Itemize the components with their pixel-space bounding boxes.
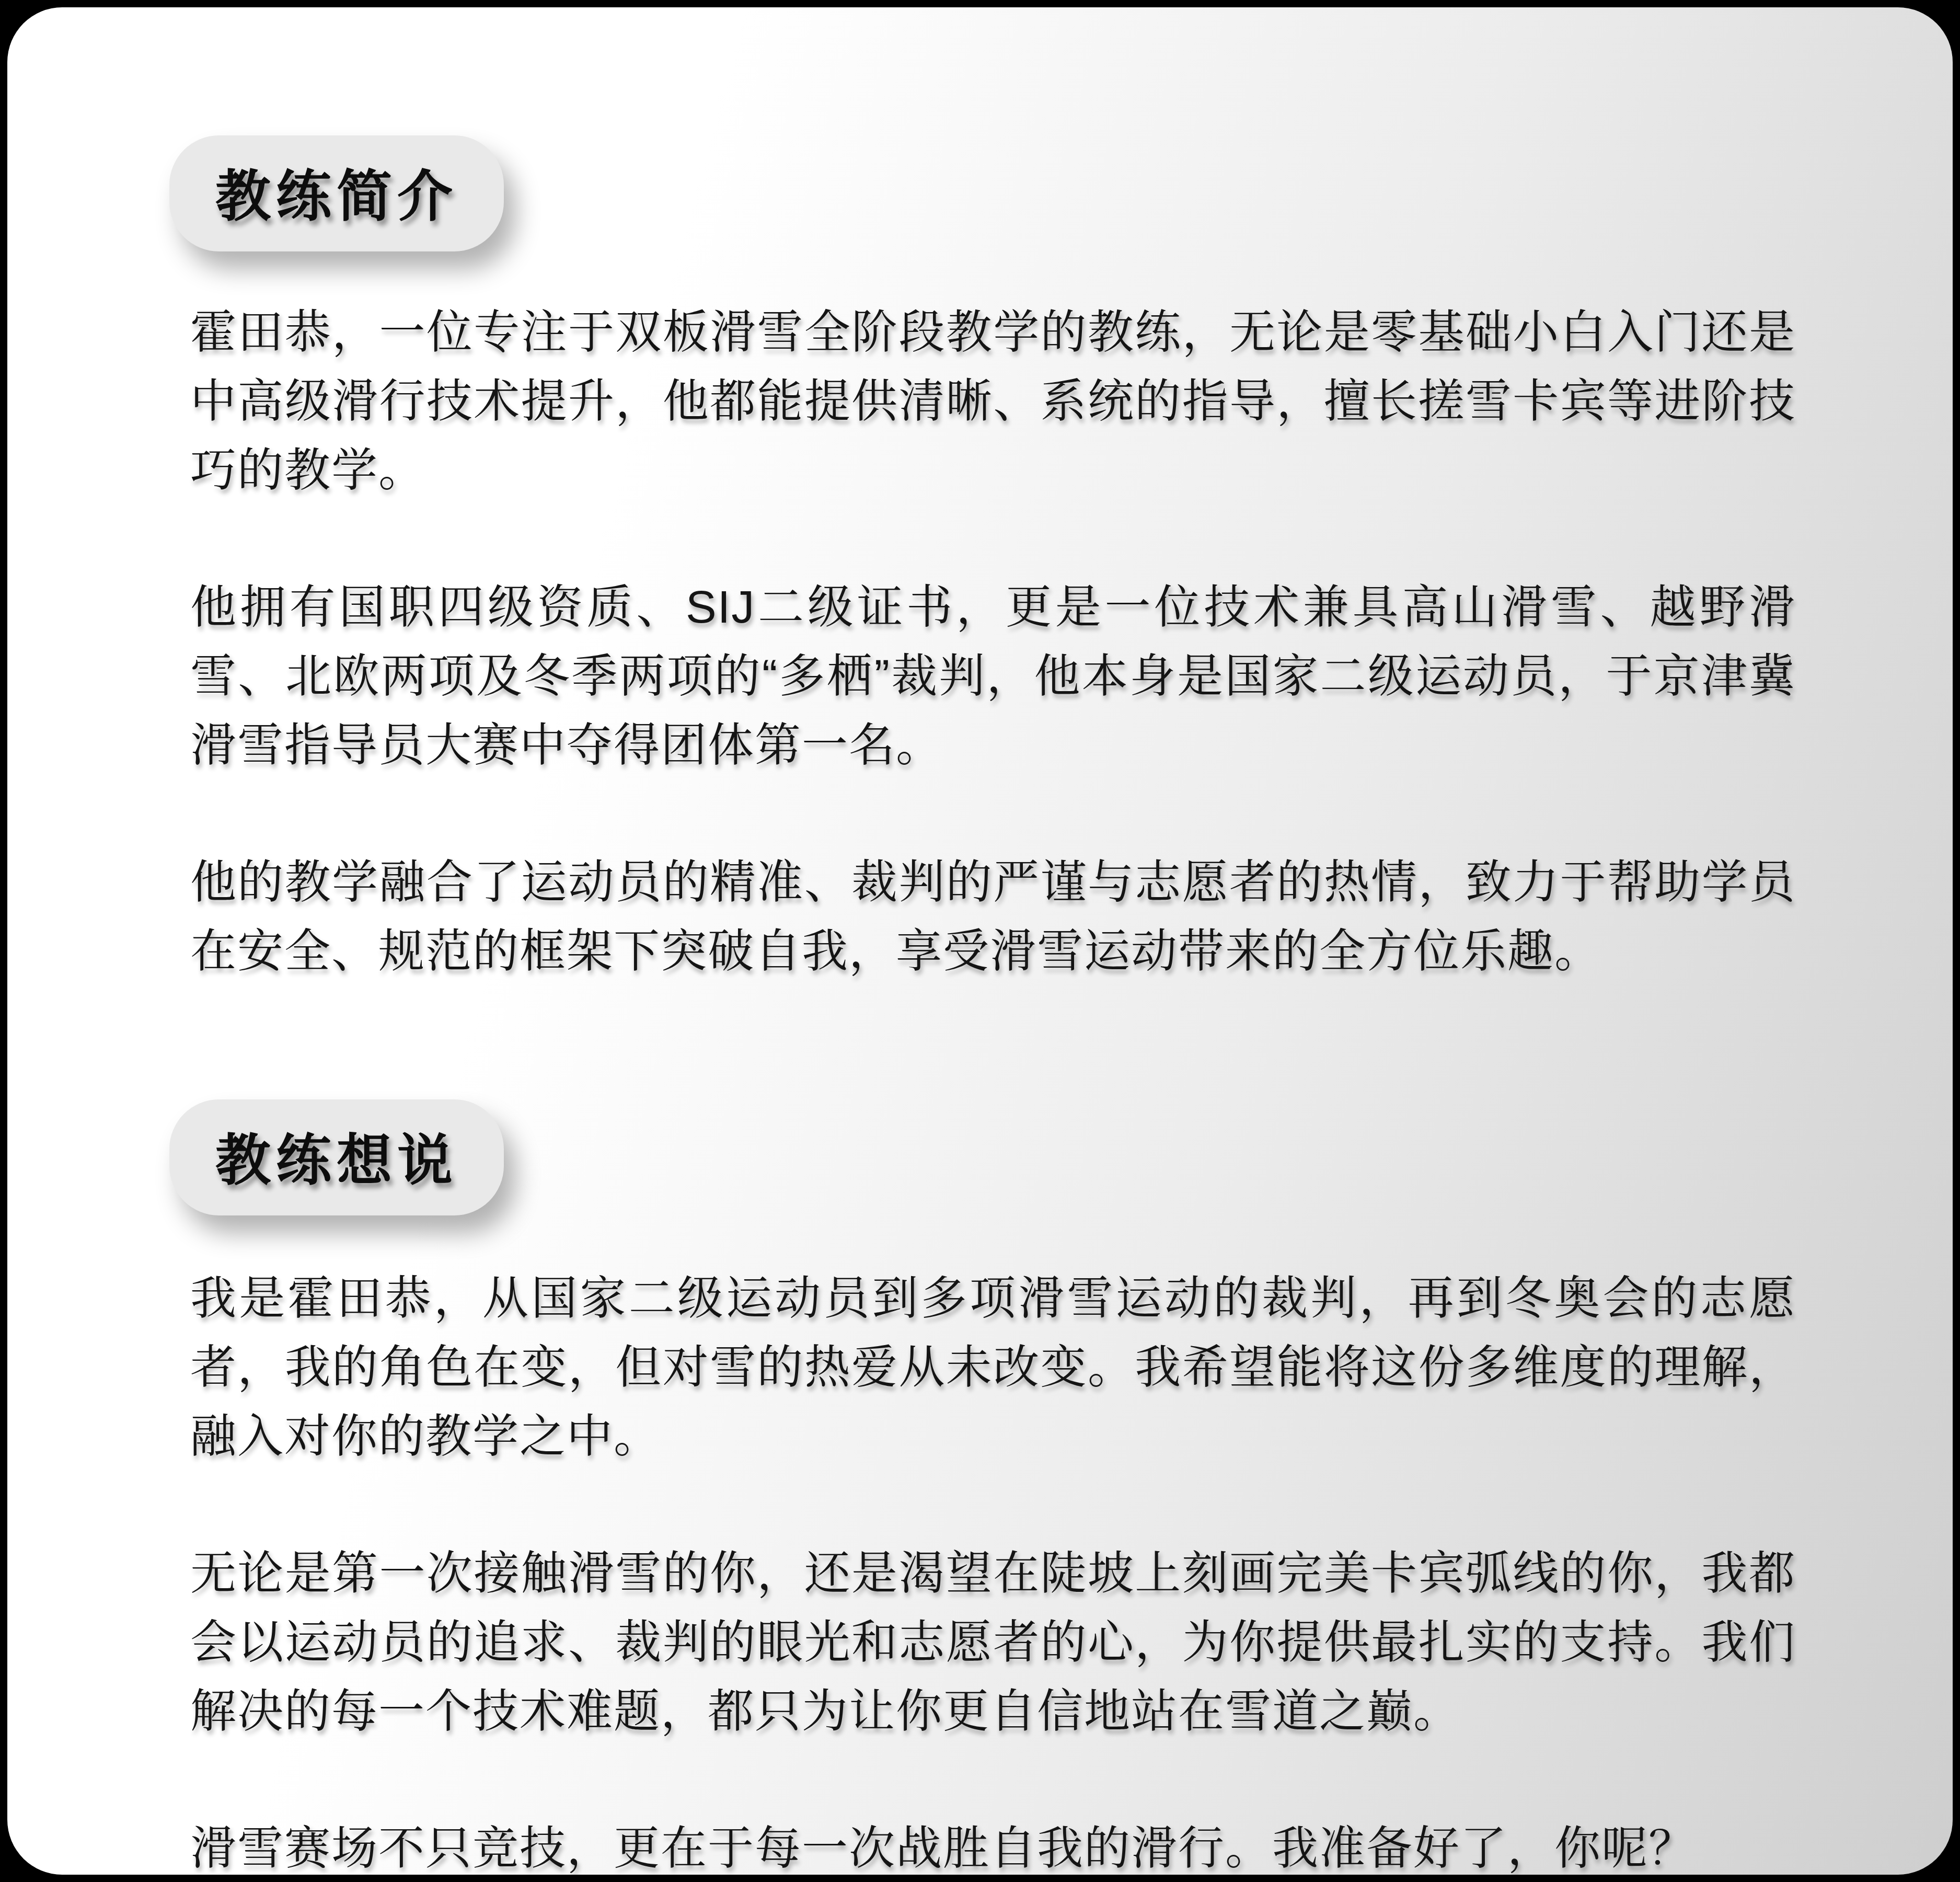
section-badge-coach-says: 教练想说 bbox=[169, 1099, 504, 1215]
coach-says-paragraph-1: 我是霍田恭，从国家二级运动员到多项滑雪运动的裁判，再到冬奥会的志愿者，我的角色在… bbox=[190, 1264, 1796, 1471]
coach-intro-paragraph-2: 他拥有国职四级资质、SIJ二级证书，更是一位技术兼具高山滑雪、越野滑雪、北欧两项… bbox=[190, 572, 1796, 779]
content-card: 教练简介 霍田恭，一位专注于双板滑雪全阶段教学的教练，无论是零基础小白入门还是中… bbox=[7, 7, 1953, 1875]
coach-says-paragraph-3: 滑雪赛场不只竞技，更在于每一次战胜自我的滑行。我准备好了，你呢？ bbox=[190, 1814, 1796, 1875]
section-coach-intro: 教练简介 霍田恭，一位专注于双板滑雪全阶段教学的教练，无论是零基础小白入门还是中… bbox=[190, 135, 1796, 985]
coach-says-paragraph-2: 无论是第一次接触滑雪的你，还是渴望在陡坡上刻画完美卡宾弧线的你，我都会以运动员的… bbox=[190, 1539, 1796, 1746]
section-badge-coach-intro-label: 教练简介 bbox=[215, 166, 458, 227]
section-badge-coach-intro: 教练简介 bbox=[169, 135, 504, 251]
page-background: 教练简介 霍田恭，一位专注于双板滑雪全阶段教学的教练，无论是零基础小白入门还是中… bbox=[0, 0, 1960, 1882]
coach-intro-paragraph-3: 他的教学融合了运动员的精准、裁判的严谨与志愿者的热情，致力于帮助学员在安全、规范… bbox=[190, 847, 1796, 985]
section-coach-says: 教练想说 我是霍田恭，从国家二级运动员到多项滑雪运动的裁判，再到冬奥会的志愿者，… bbox=[190, 1053, 1796, 1875]
coach-intro-paragraph-1: 霍田恭，一位专注于双板滑雪全阶段教学的教练，无论是零基础小白入门还是中高级滑行技… bbox=[190, 297, 1796, 504]
section-badge-coach-says-label: 教练想说 bbox=[215, 1130, 458, 1191]
